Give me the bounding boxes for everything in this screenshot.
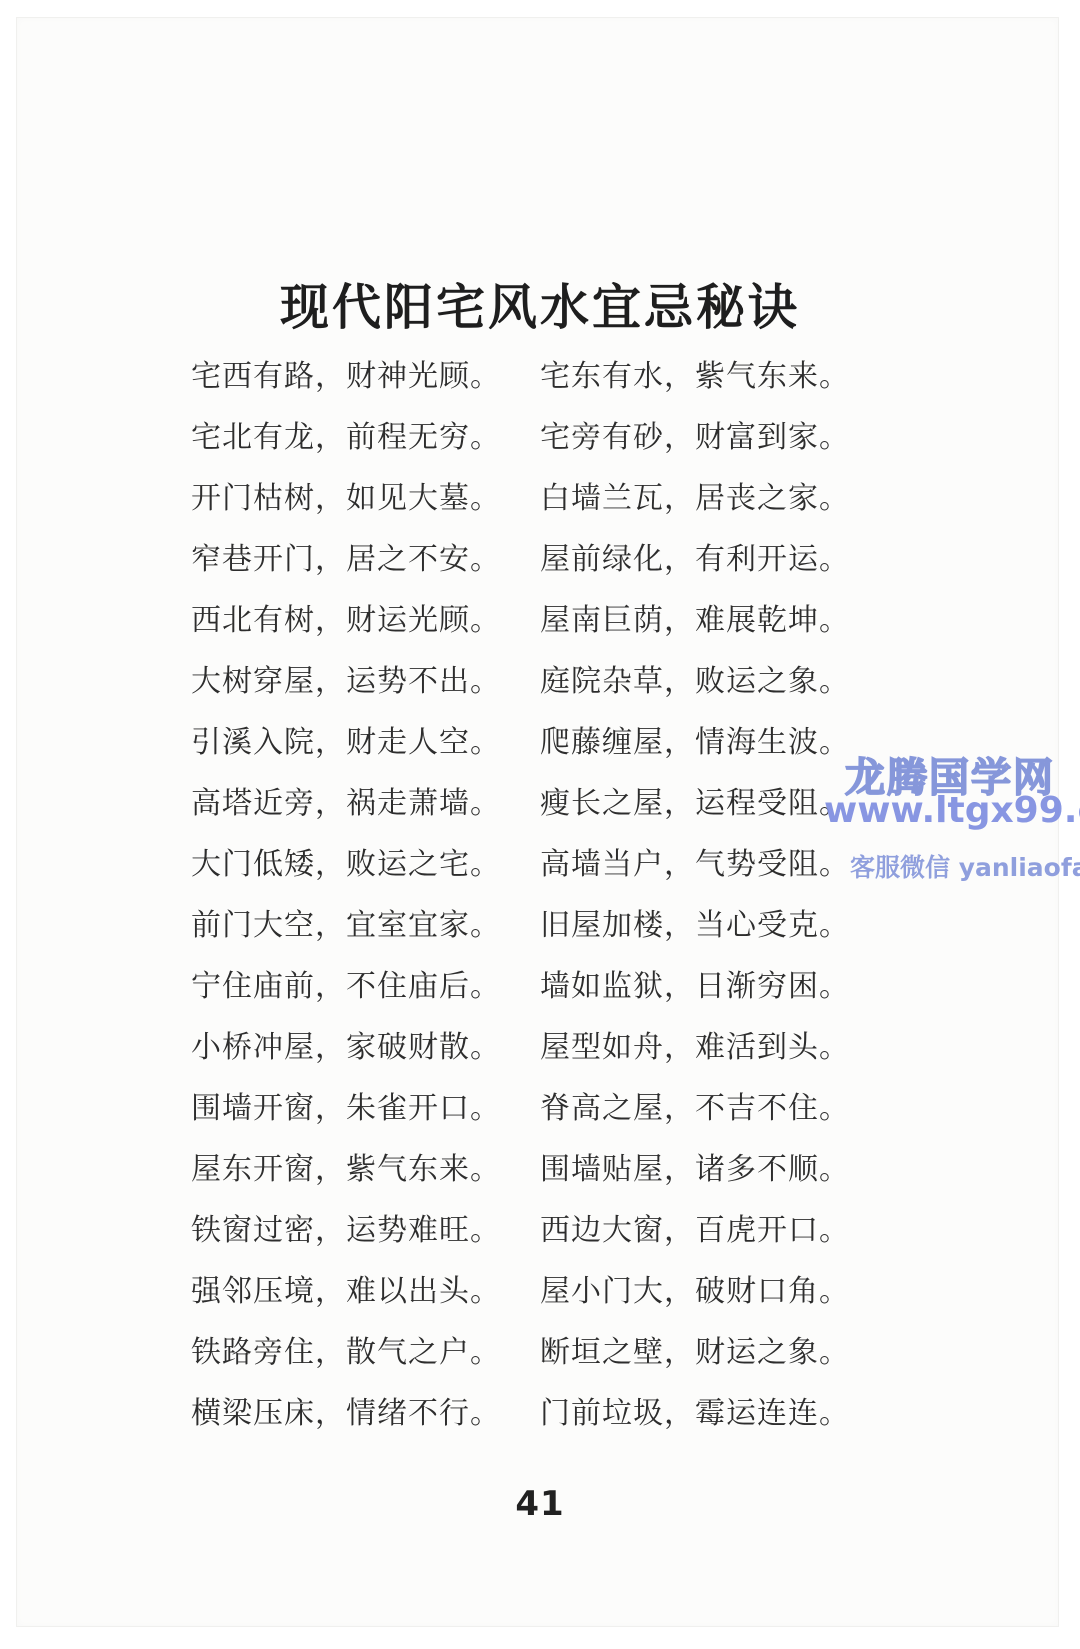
verse-row: 高塔近旁，祸走萧墙。瘦长之屋，运程受阻。 — [191, 769, 850, 830]
verse-row: 屋东开窗，紫气东来。围墙贴屋，诸多不顺。 — [191, 1135, 850, 1196]
verse-left: 宅北有龙，前程无穷。 — [191, 412, 540, 456]
verse-row: 宅北有龙，前程无穷。宅旁有砂，财富到家。 — [191, 403, 850, 464]
verse-right: 高墙当户，气势受阻。 — [540, 839, 850, 883]
verse-right: 宅旁有砂，财富到家。 — [540, 412, 850, 456]
verse-right: 宅东有水，紫气东来。 — [540, 351, 850, 395]
verse-left: 开门枯树，如见大墓。 — [191, 473, 540, 517]
verse-right: 庭院杂草，败运之象。 — [540, 656, 850, 700]
verse-right: 瘦长之屋，运程受阻。 — [540, 778, 850, 822]
verse-row: 引溪入院，财走人空。爬藤缠屋，情海生波。 — [191, 708, 850, 769]
verse-row: 开门枯树，如见大墓。白墙兰瓦，居丧之家。 — [191, 464, 850, 525]
verse-right: 西边大窗，百虎开口。 — [540, 1205, 850, 1249]
verse-right: 墙如监狱，日渐穷困。 — [540, 961, 850, 1005]
verse-right: 白墙兰瓦，居丧之家。 — [540, 473, 850, 517]
verse-left: 横梁压床，情绪不行。 — [191, 1388, 540, 1432]
verse-right: 门前垃圾，霉运连连。 — [540, 1388, 850, 1432]
verse-left: 铁窗过密，运势难旺。 — [191, 1205, 540, 1249]
verse-row: 铁路旁住，散气之户。断垣之壁，财运之象。 — [191, 1318, 850, 1379]
verse-left: 小桥冲屋，家破财散。 — [191, 1022, 540, 1066]
verse-right: 屋前绿化，有利开运。 — [540, 534, 850, 578]
verse-left: 引溪入院，财走人空。 — [191, 717, 540, 761]
verse-left: 宁住庙前，不住庙后。 — [191, 961, 540, 1005]
verse-row: 铁窗过密，运势难旺。西边大窗，百虎开口。 — [191, 1196, 850, 1257]
verse-left: 窄巷开门，居之不安。 — [191, 534, 540, 578]
verse-left: 前门大空，宜室宜家。 — [191, 900, 540, 944]
scanned-book-page: { "document": { "title": "现代阳宅风水宜忌秘诀", "… — [0, 0, 1080, 1649]
verse-row: 强邻压境，难以出头。屋小门大，破财口角。 — [191, 1257, 850, 1318]
verse-left: 高塔近旁，祸走萧墙。 — [191, 778, 540, 822]
verse-row: 前门大空，宜室宜家。旧屋加楼，当心受克。 — [191, 891, 850, 952]
verse-row: 围墙开窗，朱雀开口。脊高之屋，不吉不住。 — [191, 1074, 850, 1135]
verse-right: 断垣之壁，财运之象。 — [540, 1327, 850, 1371]
verse-right: 屋型如舟，难活到头。 — [540, 1022, 850, 1066]
verse-left: 铁路旁住，散气之户。 — [191, 1327, 540, 1371]
verse-row: 横梁压床，情绪不行。门前垃圾，霉运连连。 — [191, 1379, 850, 1440]
verse-right: 爬藤缠屋，情海生波。 — [540, 717, 850, 761]
verse-row: 大门低矮，败运之宅。高墙当户，气势受阻。 — [191, 830, 850, 891]
verse-row: 小桥冲屋，家破财散。屋型如舟，难活到头。 — [191, 1013, 850, 1074]
verse-right: 屋小门大，破财口角。 — [540, 1266, 850, 1310]
verse-row: 西北有树，财运光顾。屋南巨荫，难展乾坤。 — [191, 586, 850, 647]
verse-right: 围墙贴屋，诸多不顺。 — [540, 1144, 850, 1188]
verse-left: 西北有树，财运光顾。 — [191, 595, 540, 639]
verse-row: 窄巷开门，居之不安。屋前绿化，有利开运。 — [191, 525, 850, 586]
verse-left: 围墙开窗，朱雀开口。 — [191, 1083, 540, 1127]
verse-right: 旧屋加楼，当心受克。 — [540, 900, 850, 944]
verse-left: 宅西有路，财神光顾。 — [191, 351, 540, 395]
page-title: 现代阳宅风水宜忌秘诀 — [0, 269, 1080, 339]
verse-list: 宅西有路，财神光顾。宅东有水，紫气东来。宅北有龙，前程无穷。宅旁有砂，财富到家。… — [191, 342, 850, 1440]
verse-row: 宁住庙前，不住庙后。墙如监狱，日渐穷困。 — [191, 952, 850, 1013]
verse-row: 大树穿屋，运势不出。庭院杂草，败运之象。 — [191, 647, 850, 708]
verse-left: 大门低矮，败运之宅。 — [191, 839, 540, 883]
verse-right: 脊高之屋，不吉不住。 — [540, 1083, 850, 1127]
verse-left: 强邻压境，难以出头。 — [191, 1266, 540, 1310]
verse-right: 屋南巨荫，难展乾坤。 — [540, 595, 850, 639]
page-number: 41 — [0, 1484, 1080, 1524]
verse-left: 屋东开窗，紫气东来。 — [191, 1144, 540, 1188]
verse-row: 宅西有路，财神光顾。宅东有水，紫气东来。 — [191, 342, 850, 403]
verse-left: 大树穿屋，运势不出。 — [191, 656, 540, 700]
